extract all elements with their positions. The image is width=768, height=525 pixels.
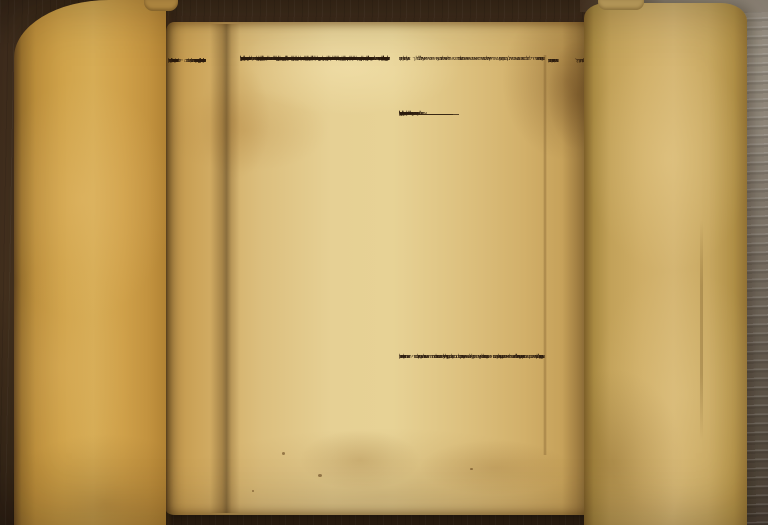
scroll-roll-right-core	[598, 0, 644, 10]
text-column-2-poem: לאמרכלמשה מןלפני העםהיאפנימלךהעםכלזאת לא…	[399, 110, 545, 352]
right-roll-crease	[700, 220, 703, 440]
parchment-speck	[318, 474, 322, 477]
text-column-left-edge: אשה עלהלאמר אשהעבד מלךאשר לאישראל בריתנת…	[168, 57, 206, 468]
text-column-main: אחרי ביום לאמר מצרים לאמר לאמר גם שמע יד…	[240, 55, 390, 453]
scroll-roll-right	[584, 3, 747, 525]
parchment-speck	[470, 468, 473, 470]
parchment-speck	[252, 490, 254, 492]
text-column-2-bottom: ועל ישראל אשה משה לאמר שמע ההוא כי זאתגם…	[399, 353, 545, 450]
text-column-2-top: שם ראה מן אלהים ויהי לאמר אל בריתהיא לב …	[399, 55, 545, 109]
scroll-roll-left	[14, 0, 166, 525]
script-line: היא היא זאת מן מצרים ארץ לפני זאת	[240, 55, 390, 64]
script-line: ועל ויהיאחרי	[399, 110, 545, 120]
script-line: עד דבר ההוא אשר ויאמר ויהי ישראל עלה	[399, 55, 545, 64]
script-line: את אחרי	[168, 57, 206, 66]
photo-torah-scroll: אשה עלהלאמר אשהעבד מלךאשר לאישראל בריתנת…	[0, 0, 768, 525]
script-line: יהוה קרא לאמר	[399, 353, 545, 362]
scroll-roll-left-core	[144, 0, 178, 11]
